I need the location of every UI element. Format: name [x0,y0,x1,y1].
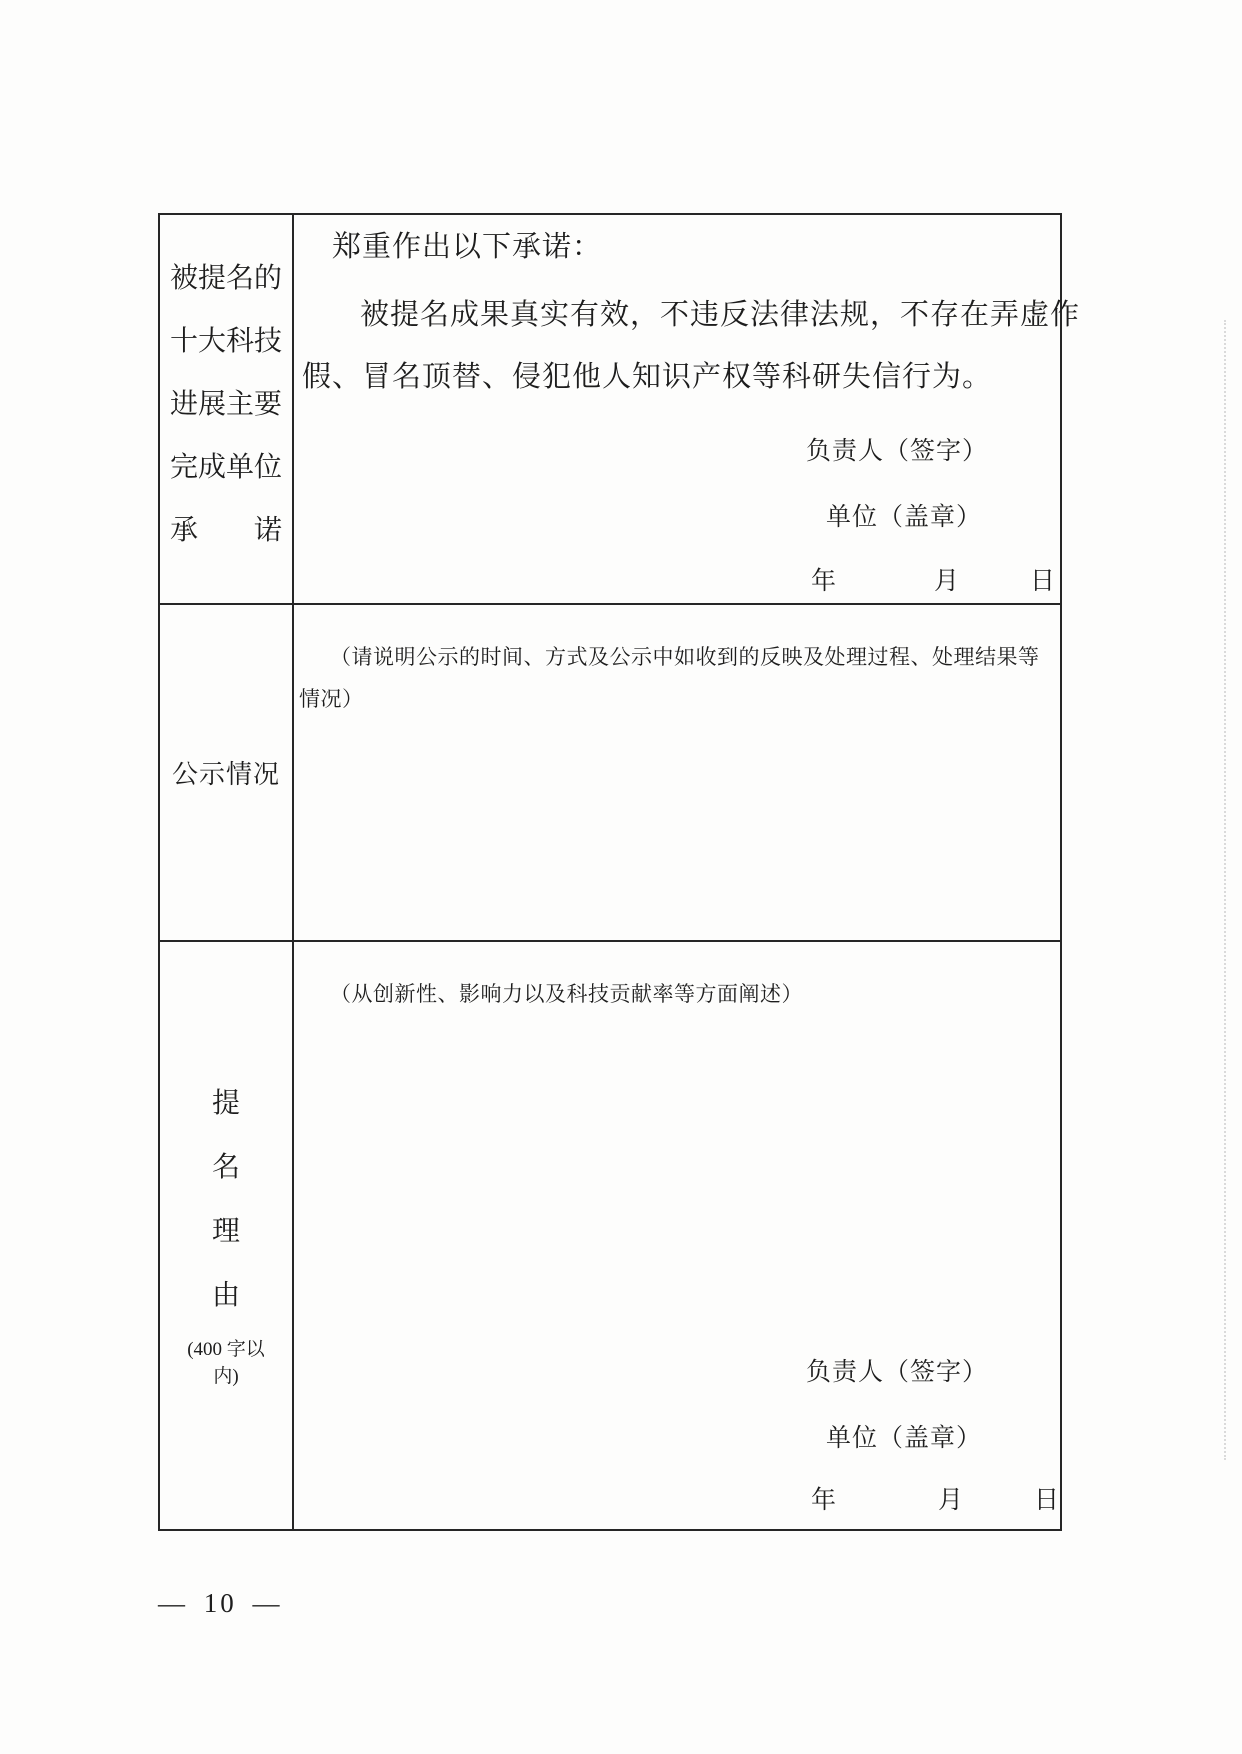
commitment-body-line-2: 假、冒名顶替、侵犯他人知识产权等科研失信行为。 [302,361,992,393]
scanned-form-page: 被提名的 十大科技 进展主要 完成单位 承 诺 郑重作出以下承诺： 被提名成果真… [0,0,1242,1754]
reason-signer-label: 负责人（签字） [806,1352,988,1388]
reason-hint-text: （从创新性、影响力以及科技贡献率等方面阐述） [330,978,803,1008]
reason-word-limit-note-line-1: (400 字以 [187,1336,265,1363]
commitment-opening-text: 郑重作出以下承诺： [332,231,602,263]
reason-content-cell: （从创新性、影响力以及科技贡献率等方面阐述） 负责人（签字） 单位（盖章） 年 … [294,942,1060,1529]
commitment-date-year-label: 年 [811,561,836,597]
commitment-header-line-3: 进展主要 [170,391,282,419]
publicity-row-header: 公示情况 [160,605,294,942]
commitment-row-header: 被提名的 十大科技 进展主要 完成单位 承 诺 [160,215,294,605]
commitment-date-day-label: 日 [1030,561,1055,597]
reason-header-char-1: 提 [212,1090,240,1118]
reason-header-char-3: 理 [212,1218,240,1246]
scan-artifact-line [1224,320,1226,1460]
reason-date-month-label: 月 [938,1480,963,1516]
commitment-header-line-4: 完成单位 [170,454,282,482]
reason-seal-label: 单位（盖章） [826,1418,982,1454]
commitment-body-line-1: 被提名成果真实有效，不违反法律法规，不存在弄虚作 [360,299,1080,331]
reason-date-day-label: 日 [1034,1480,1059,1516]
commitment-date-month-label: 月 [934,561,959,597]
publicity-hint-line-2: 情况） [299,683,364,713]
page-number: — 10 — [158,1588,283,1619]
reason-word-limit-note-line-2: 内) [213,1363,238,1390]
commitment-seal-label: 单位（盖章） [826,497,982,533]
reason-header-char-2: 名 [212,1154,240,1182]
reason-header-char-4: 由 [212,1282,240,1310]
publicity-header-label: 公示情况 [172,754,280,791]
commitment-header-line-1: 被提名的 [170,265,282,293]
commitment-header-line-5: 承 诺 [170,517,282,545]
commitment-header-line-2: 十大科技 [170,328,282,356]
reason-row-header: 提 名 理 由 (400 字以 内) [160,942,294,1529]
nomination-form-table: 被提名的 十大科技 进展主要 完成单位 承 诺 郑重作出以下承诺： 被提名成果真… [158,213,1062,1531]
commitment-content-cell: 郑重作出以下承诺： 被提名成果真实有效，不违反法律法规，不存在弄虚作 假、冒名顶… [294,215,1060,605]
commitment-signer-label: 负责人（签字） [806,431,988,467]
publicity-hint-line-1: （请说明公示的时间、方式及公示中如收到的反映及处理过程、处理结果等 [330,641,1040,671]
reason-date-year-label: 年 [811,1480,836,1516]
publicity-content-cell: （请说明公示的时间、方式及公示中如收到的反映及处理过程、处理结果等 情况） [294,605,1060,942]
